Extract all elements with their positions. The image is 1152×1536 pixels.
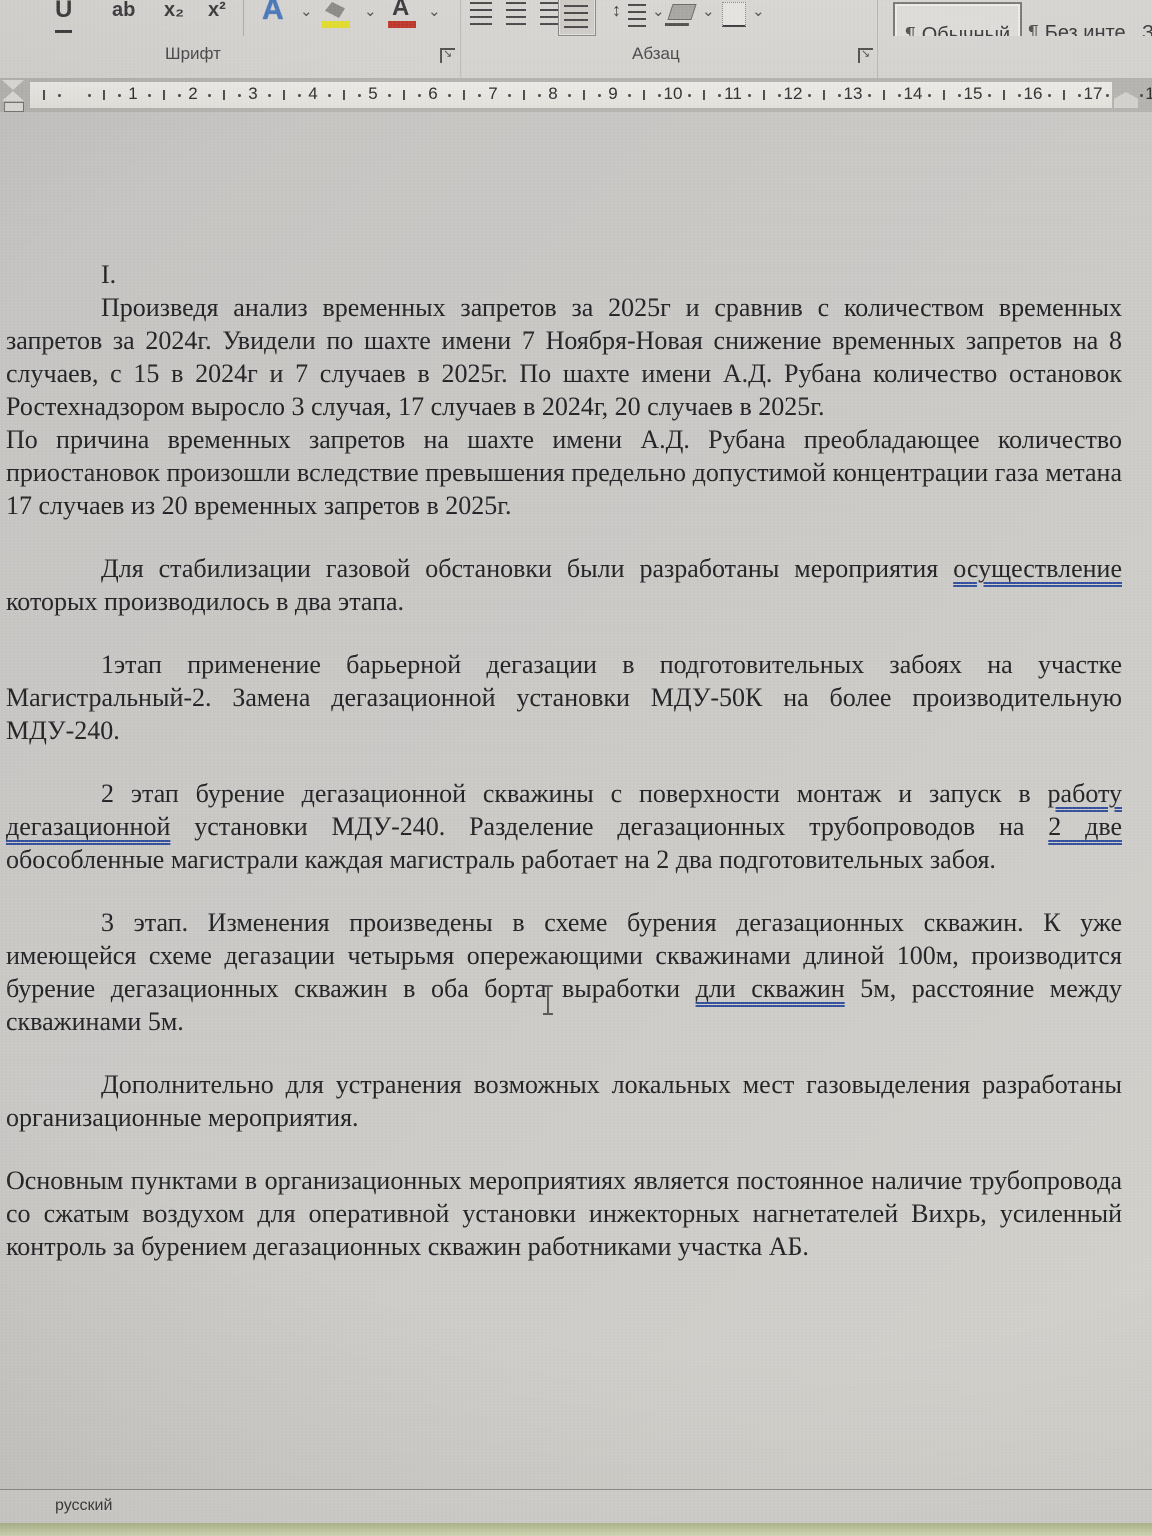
chevron-down-icon[interactable]: ⌄ [428,2,441,20]
grammar-underlined-text: дли скважин [696,974,845,1003]
text-run: обособленные магистрали каждая магистрал… [6,845,996,874]
ruler-tick [223,90,225,100]
ruler-number: 5 [368,84,377,104]
ruler-tick [688,94,691,97]
ruler-tick [883,90,885,100]
ruler-tick [598,94,601,97]
line-spacing-icon[interactable]: ↕ [612,0,621,30]
ruler-tick [343,90,345,100]
ruler-tick [1048,94,1051,97]
ruler-number: 10 [664,84,683,104]
ruler-tick [868,94,871,97]
ruler[interactable]: 12345678910111213141516171 [0,78,1152,113]
align-center-icon[interactable] [506,2,526,26]
text-run: Для стабилизации газовой обстановки были… [101,554,953,583]
ruler-number: 1 [128,84,137,104]
ruler-tick [118,94,121,97]
text-run: По причина временных запретов на шахте и… [6,425,1122,520]
paragraph-dialog-launcher-icon[interactable] [858,48,873,63]
chevron-down-icon[interactable]: ⌄ [752,2,765,20]
ruler-tick [658,94,661,97]
ruler-tick [448,94,451,97]
paragraph[interactable]: Дополнительно для устранения возможных л… [6,1068,1122,1134]
ruler-tick [523,90,525,100]
ruler-number: 16 [1024,84,1043,104]
ruler-tick [808,94,811,97]
ruler-tick [178,94,181,97]
ruler-tick [283,90,285,100]
pilcrow-icon: ¶ [905,24,916,37]
ruler-tick [403,90,405,100]
paragraph[interactable]: Произведя анализ временных запретов за 2… [6,291,1122,423]
hanging-indent-marker[interactable] [2,91,24,101]
ruler-number: 3 [248,84,257,104]
align-right-icon[interactable] [540,2,560,26]
subscript-icon[interactable]: x₂ [164,0,184,30]
text-run: Основным пунктами в организационных меро… [6,1166,1122,1261]
ruler-tick [1063,90,1065,100]
text-run: установки МДУ-240. Разделение дегазацион… [170,812,1048,841]
right-indent-marker[interactable] [1114,92,1138,108]
ruler-tick [58,94,61,97]
text-run: 1этап применение барьерной дегазации в п… [6,650,1122,745]
ruler-number: 12 [784,84,803,104]
shading-icon[interactable] [667,4,696,20]
font-color-icon[interactable]: A [388,0,418,34]
first-line-indent-marker[interactable] [2,80,24,90]
ruler-tick [958,94,961,97]
ruler-number: 11 [724,84,742,104]
ruler-tick [1078,94,1081,97]
ruler-tick [823,90,825,100]
ruler-tick [328,94,331,97]
ruler-tick [583,90,585,100]
underline-icon[interactable]: U [55,0,72,33]
ruler-tick [268,94,271,97]
ruler-number: 2 [188,84,197,104]
ruler-tick [463,90,465,100]
ruler-number: 15 [964,84,983,104]
paragraph[interactable]: 3 этап. Изменения произведены в схеме бу… [6,906,1122,1038]
paragraph[interactable]: 1этап применение барьерной дегазации в п… [6,648,1122,747]
ruler-tick [718,94,721,97]
ruler-tick [418,94,421,97]
borders-icon[interactable] [722,2,746,27]
document-area[interactable]: I.Произведя анализ временных запретов за… [0,112,1152,1489]
text-effects-icon[interactable]: A [262,0,284,30]
justify-button-selected[interactable] [558,0,596,36]
ruler-tick [943,90,945,100]
font-group-label: Шрифт [165,44,221,64]
style-heading[interactable]: З [1132,2,1152,36]
text-run: Произведя анализ временных запретов за 2… [6,293,1122,421]
ruler-tick [898,94,901,97]
ruler-tick [703,90,705,100]
ibeam-cursor-icon [541,985,555,1015]
paragraph[interactable]: Для стабилизации газовой обстановки были… [6,552,1122,618]
ruler-tick [358,94,361,97]
ruler-tick [298,94,301,97]
style-label: Без инте... [1045,22,1142,37]
ruler-tick [1003,90,1005,100]
pilcrow-icon: ¶ [1028,22,1039,37]
ruler-tick [508,94,511,97]
ruler-tick [478,94,481,97]
ruler-number: 4 [308,84,317,104]
ruler-tick [208,94,211,97]
ruler-tick [238,94,241,97]
ruler-tick [1140,94,1143,97]
ruler-tick [763,90,765,100]
ruler-tick [628,94,631,97]
document-paragraphs[interactable]: I.Произведя анализ временных запретов за… [0,112,1152,1263]
text-run: Дополнительно для устранения возможных л… [6,1070,1122,1132]
font-color-red-bar [388,21,416,28]
paragraph-group-label: Абзац [632,44,680,64]
word-window: U ab x₂ x² A ⌄ ⌄ A ⌄ ↕ ⌄ [0,0,1152,1536]
ribbon: U ab x₂ x² A ⌄ ⌄ A ⌄ ↕ ⌄ [0,0,1152,78]
ruler-number: 6 [428,84,437,104]
justify-icon [564,5,588,29]
align-left-icon[interactable] [470,2,492,26]
ruler-number: 17 [1084,84,1103,104]
text-run: 2 этап бурение дегазационной скважины с … [101,779,1048,808]
ruler-tick [1106,94,1109,97]
ruler-number: 1 [1145,84,1152,104]
grammar-underlined-text: 2 две [1048,812,1122,841]
taskbar-edge [0,1523,1152,1536]
chevron-down-icon[interactable]: ⌄ [652,2,665,20]
font-dialog-launcher-icon[interactable] [440,48,455,63]
highlight-yellow-bar [322,21,350,28]
left-indent-marker[interactable] [4,102,24,112]
ruler-tick [538,94,541,97]
ruler-tick [568,94,571,97]
paragraph[interactable]: По причина временных запретов на шахте и… [6,423,1122,522]
toolbar-divider [243,0,244,36]
ruler-tick [88,94,91,97]
ruler-tick [748,94,751,97]
highlighter-pen-glyph [325,2,345,18]
highlight-color-icon[interactable] [322,0,352,34]
chevron-down-icon[interactable]: ⌄ [702,2,715,20]
ruler-tick [148,94,151,97]
ruler-number: 14 [904,84,923,104]
ruler-tick [388,94,391,97]
chevron-down-icon[interactable]: ⌄ [364,2,377,20]
ruler-tick [643,90,645,100]
text-run: I. [101,260,116,289]
grammar-underlined-text: осуществление [953,554,1122,583]
ruler-tick [838,94,841,97]
ruler-tick [1018,94,1021,97]
superscript-icon[interactable]: x² [208,0,226,30]
ruler-number: 7 [488,84,497,104]
group-divider [460,0,461,78]
ruler-number: 9 [608,84,617,104]
style-label: З [1142,22,1152,37]
ruler-tick [43,90,45,100]
style-normal[interactable]: ¶ Обычный [893,2,1022,36]
text-run: которых производилось в два этапа. [6,587,404,616]
paragraph[interactable]: I. [6,258,1122,291]
paragraph[interactable]: 2 этап бурение дегазационной скважины с … [6,777,1122,876]
ribbon-icon-row: U ab x₂ x² A ⌄ ⌄ A ⌄ ↕ ⌄ [0,0,1152,36]
group-divider [877,0,878,78]
paragraph[interactable]: Основным пунктами в организационных меро… [6,1164,1122,1263]
ruler-tick [103,90,105,100]
status-bar: русский [0,1489,1152,1524]
ruler-tick [928,94,931,97]
ruler-tick [988,94,991,97]
language-indicator[interactable]: русский [55,1497,112,1515]
ruler-tick [778,94,781,97]
ruler-tick [163,90,165,100]
style-label: Обычный [922,24,1010,37]
line-spacing-lines [628,4,646,28]
strikethrough-icon[interactable]: ab [112,0,135,30]
ruler-number: 13 [844,84,863,104]
ruler-number: 8 [548,84,557,104]
chevron-down-icon[interactable]: ⌄ [300,2,313,20]
